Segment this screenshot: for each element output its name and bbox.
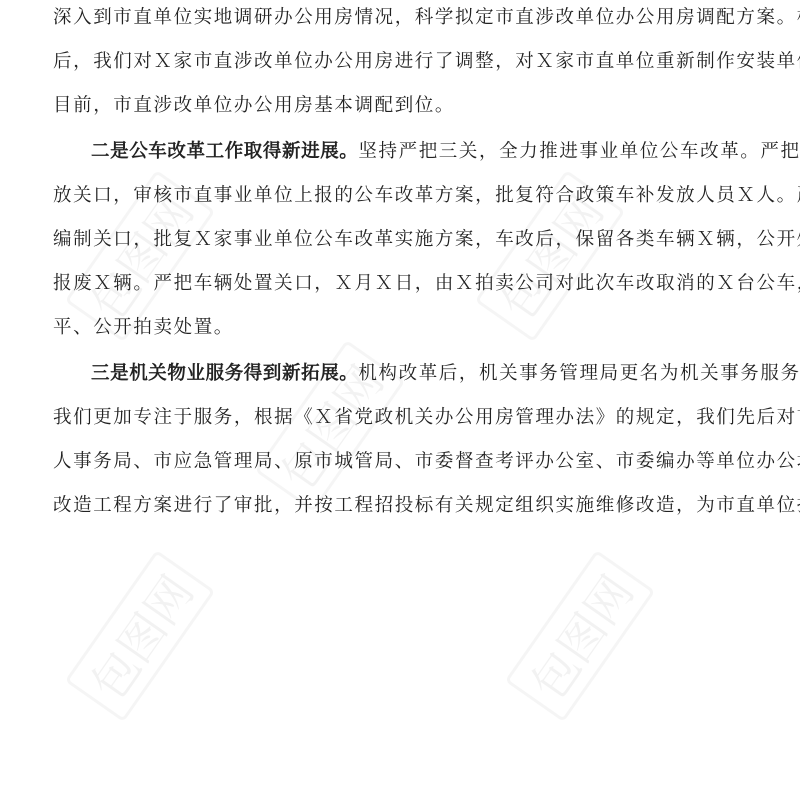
body-text: 坚持严把三关，全力推进事业单位公车改革。严把车补发 — [358, 141, 800, 162]
document-page: 包图网 包图网 包图网 包图网 包图网 深入到市直单位实地调研办公用房情况，科学… — [0, 0, 800, 800]
body-text-line: 放关口，审核市直事业单位上报的公车改革方案，批复符合政策车补发放人员Ｘ人。严把车… — [53, 184, 753, 208]
body-text-line: 人事务局、市应急管理局、原市城管局、市委督查考评办公室、市委编办等单位办公场所维… — [53, 450, 753, 474]
body-text-line: 后，我们对Ｘ家市直涉改单位办公用房进行了调整，对Ｘ家市直单位重新制作安装单位标牌… — [53, 50, 753, 74]
paragraph-first-line: 二是公车改革工作取得新进展。坚持严把三关，全力推进事业单位公车改革。严把车补发 — [91, 140, 753, 164]
paragraph-heading: 二是公车改革工作取得新进展。 — [91, 141, 358, 162]
watermark: 包图网 — [505, 550, 656, 722]
body-text-line: 报废Ｘ辆。严把车辆处置关口，Ｘ月Ｘ日，由Ｘ拍卖公司对此次车改取消的Ｘ台公车，进行… — [53, 272, 753, 296]
body-text-line: 改造工程方案进行了审批，并按工程招投标有关规定组织实施维修改造，为市直单位提供了… — [53, 494, 753, 518]
body-text-line: 目前，市直涉改单位办公用房基本调配到位。 — [53, 94, 753, 118]
body-text: 机构改革后，机关事务管理局更名为机关事务服务中心， — [358, 363, 800, 384]
paragraph-heading: 三是机关物业服务得到新拓展。 — [91, 363, 358, 384]
paragraph-first-line: 三是机关物业服务得到新拓展。机构改革后，机关事务管理局更名为机关事务服务中心， — [91, 362, 753, 386]
body-text-line: 深入到市直单位实地调研办公用房情况，科学拟定市直涉改单位办公用房调配方案。机构改… — [53, 6, 753, 30]
body-text-line: 编制关口，批复Ｘ家事业单位公车改革实施方案，车改后，保留各类车辆Ｘ辆，公开处置Ｘ… — [53, 228, 753, 252]
watermark: 包图网 — [65, 550, 216, 722]
body-text-line: 平、公开拍卖处置。 — [53, 316, 753, 340]
body-text-line: 我们更加专注于服务，根据《Ｘ省党政机关办公用房管理办法》的规定，我们先后对市退役… — [53, 406, 753, 430]
